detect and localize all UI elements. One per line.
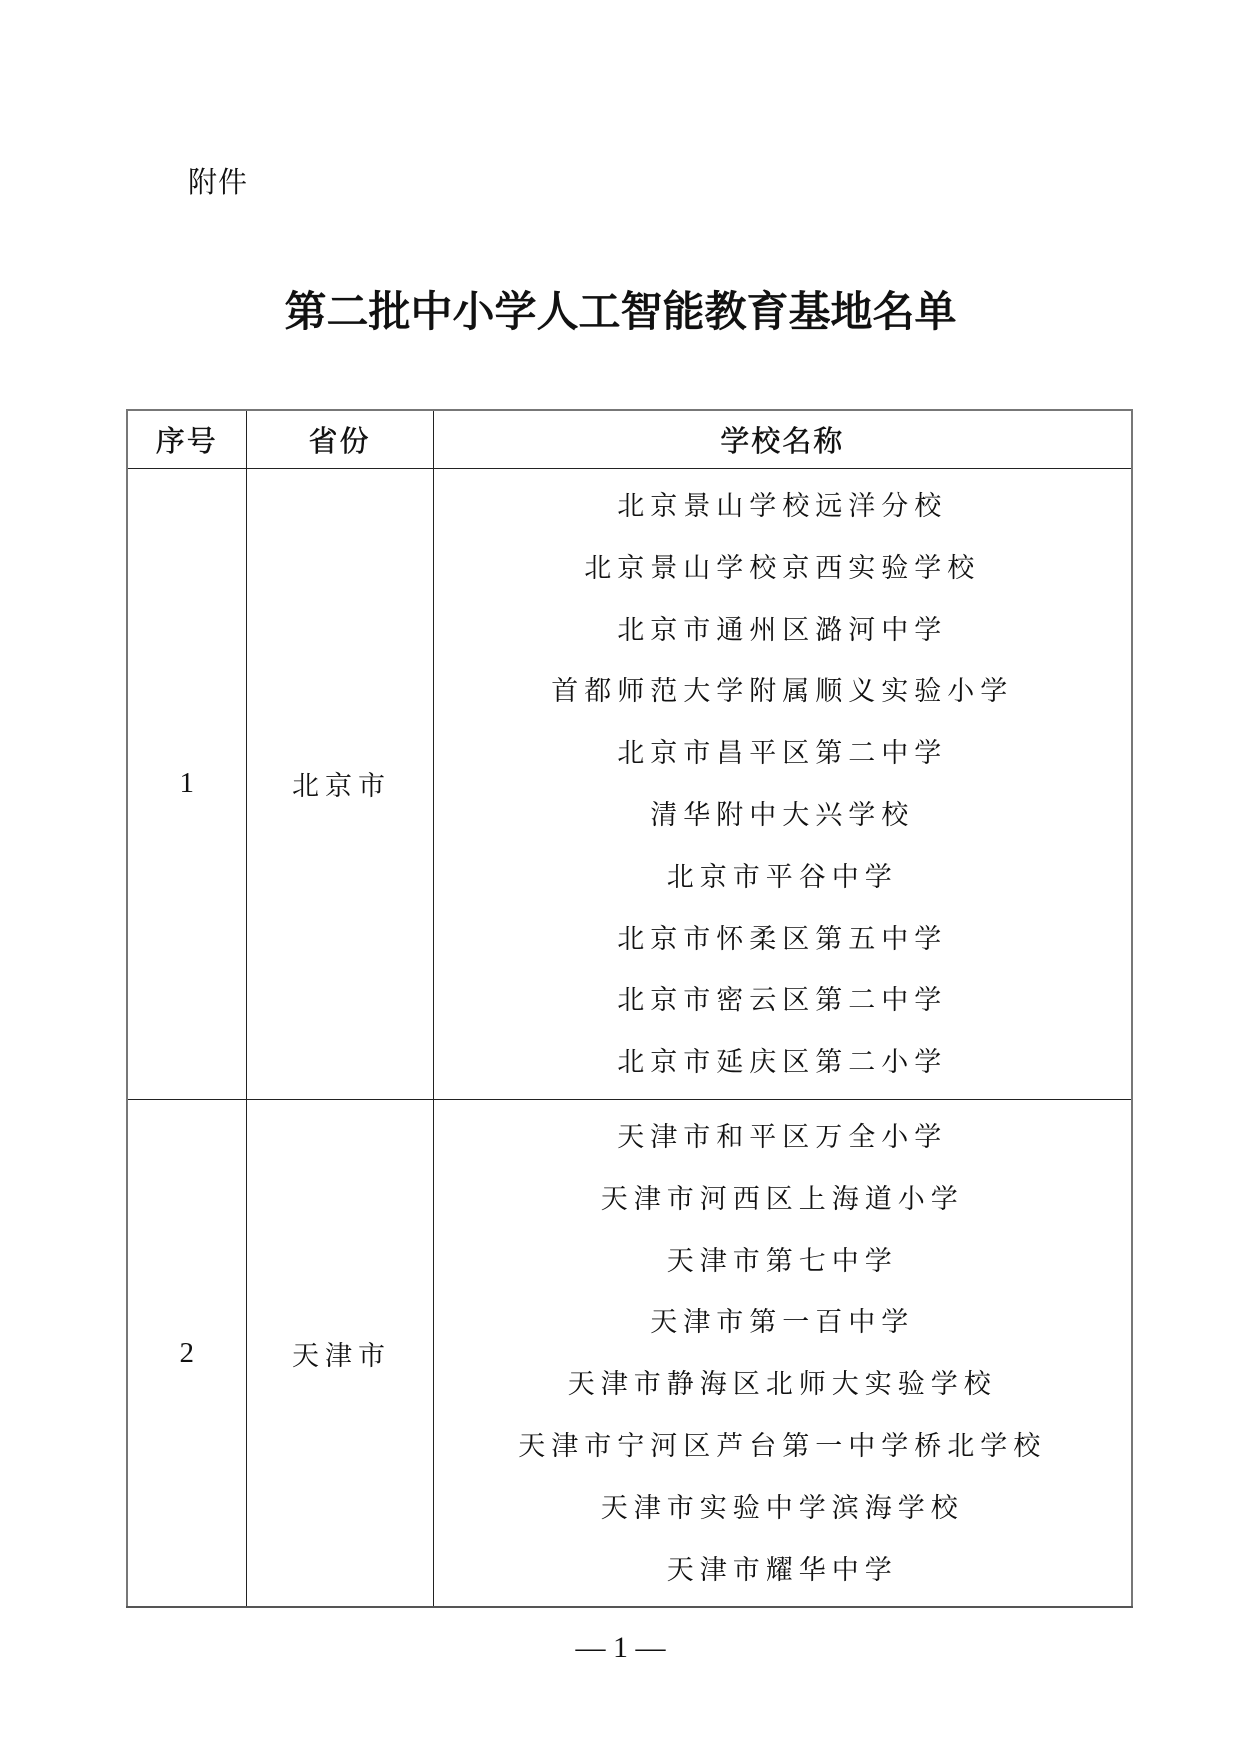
row-seq: 1 (127, 469, 246, 1100)
attachment-label: 附件 (188, 162, 248, 202)
school-name: 天津市第一百中学 (434, 1292, 1132, 1354)
header-row: 序号 省份 学校名称 (127, 410, 1132, 469)
school-list-table: 序号 省份 学校名称 1 北京市 北京景山学校远洋分校 北京景山学校京西实验学校… (126, 409, 1133, 1608)
school-name: 北京市通州区潞河中学 (434, 600, 1132, 662)
school-name: 北京景山学校远洋分校 (434, 476, 1132, 538)
row-province: 北京市 (246, 469, 433, 1100)
school-name: 北京市延庆区第二小学 (434, 1032, 1132, 1094)
row-seq: 2 (127, 1099, 246, 1607)
header-province: 省份 (246, 410, 433, 469)
header-school-name: 学校名称 (433, 410, 1132, 469)
table-header: 序号 省份 学校名称 (127, 410, 1132, 469)
school-name: 天津市第七中学 (434, 1231, 1132, 1293)
school-name: 北京景山学校京西实验学校 (434, 538, 1132, 600)
school-name: 天津市静海区北师大实验学校 (434, 1354, 1132, 1416)
row-school-list: 天津市和平区万全小学 天津市河西区上海道小学 天津市第七中学 天津市第一百中学 … (433, 1099, 1132, 1607)
school-name: 北京市怀柔区第五中学 (434, 909, 1132, 971)
school-name: 首都师范大学附属顺义实验小学 (434, 661, 1132, 723)
school-name: 天津市宁河区芦台第一中学桥北学校 (434, 1416, 1132, 1478)
page-number: — 1 — (0, 1628, 1241, 1668)
school-name: 天津市河西区上海道小学 (434, 1169, 1132, 1231)
row-school-list: 北京景山学校远洋分校 北京景山学校京西实验学校 北京市通州区潞河中学 首都师范大… (433, 469, 1132, 1100)
school-name: 北京市平谷中学 (434, 847, 1132, 909)
row-province: 天津市 (246, 1099, 433, 1607)
document-title: 第二批中小学人工智能教育基地名单 (0, 282, 1241, 342)
school-name: 北京市昌平区第二中学 (434, 723, 1132, 785)
school-list-table-container: 序号 省份 学校名称 1 北京市 北京景山学校远洋分校 北京景山学校京西实验学校… (126, 409, 1131, 1608)
school-name: 北京市密云区第二中学 (434, 970, 1132, 1032)
school-name: 天津市和平区万全小学 (434, 1107, 1132, 1169)
school-name: 清华附中大兴学校 (434, 785, 1132, 847)
header-seq: 序号 (127, 410, 246, 469)
table-row: 2 天津市 天津市和平区万全小学 天津市河西区上海道小学 天津市第七中学 天津市… (127, 1099, 1132, 1607)
school-name: 天津市实验中学滨海学校 (434, 1478, 1132, 1540)
table-row: 1 北京市 北京景山学校远洋分校 北京景山学校京西实验学校 北京市通州区潞河中学… (127, 469, 1132, 1100)
school-name: 天津市耀华中学 (434, 1540, 1132, 1602)
table-body: 1 北京市 北京景山学校远洋分校 北京景山学校京西实验学校 北京市通州区潞河中学… (127, 469, 1132, 1608)
